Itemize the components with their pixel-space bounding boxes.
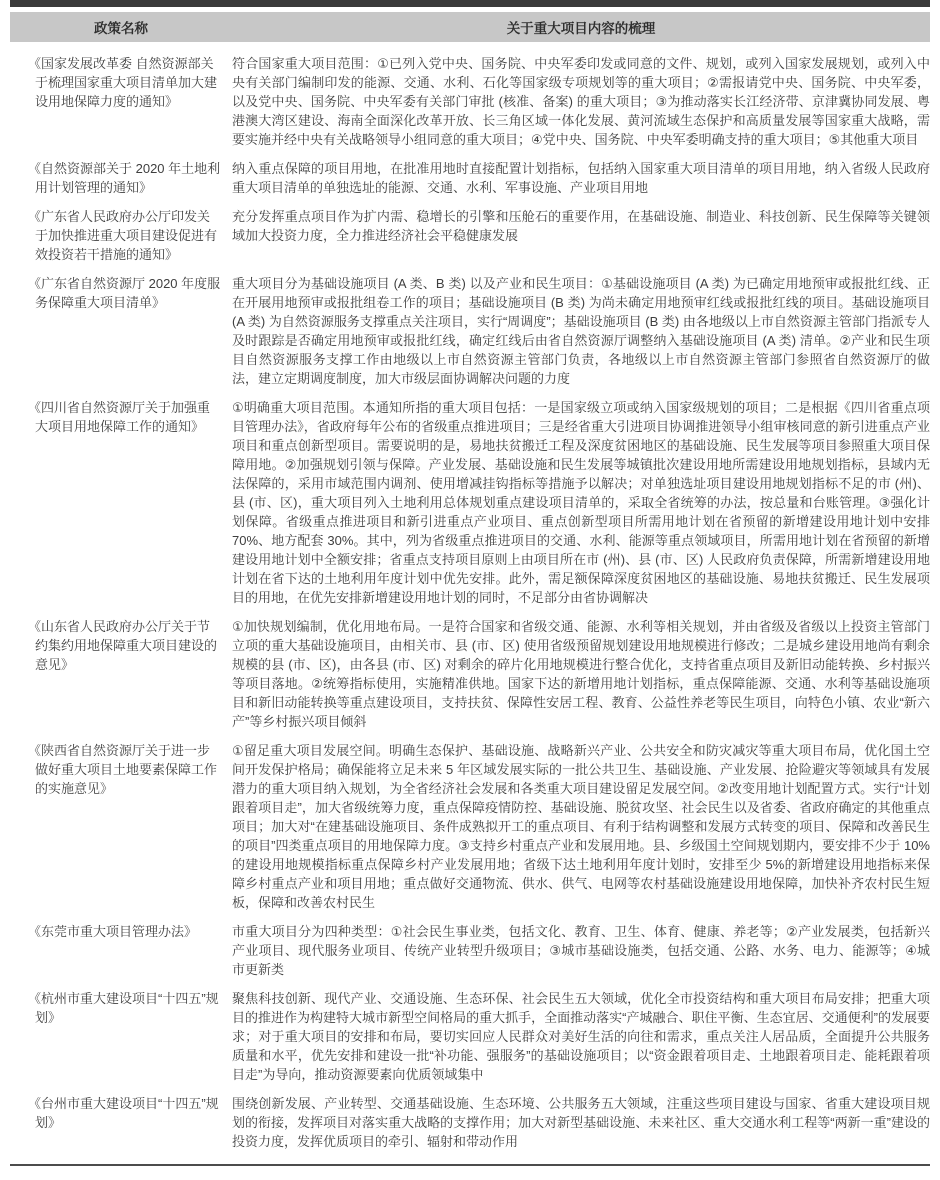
policy-name-cell: 《广东省人民政府办公厅印发关于加快推进重大项目建设促进有效投资若干措施的通知》 <box>10 207 232 264</box>
table-row: 《广东省自然资源厅 2020 年度服务保障重大项目清单》重大项目分为基础设施项目… <box>10 274 930 388</box>
table-row: 《台州市重大建设项目“十四五”规划》围绕创新发展、产业转型、交通基础设施、生态环… <box>10 1094 930 1151</box>
table-bottom-border <box>10 1164 930 1166</box>
policy-name-cell: 《东莞市重大项目管理办法》 <box>10 922 232 979</box>
column-header-project-content: 关于重大项目内容的梳理 <box>232 17 930 37</box>
table-row: 《山东省人民政府办公厅关于节约集约用地保障重大项目建设的意见》①加快规划编制，优… <box>10 617 930 731</box>
policy-content-cell: ①明确重大项目范围。本通知所指的重大项目包括：一是国家级立项或纳入国家级规划的项… <box>232 398 930 607</box>
table-row: 《国家发展改革委 自然资源部关于梳理国家重大项目清单加大建设用地保障力度的通知》… <box>10 54 930 149</box>
table-top-border <box>10 0 930 7</box>
policy-name-cell: 《国家发展改革委 自然资源部关于梳理国家重大项目清单加大建设用地保障力度的通知》 <box>10 54 232 149</box>
policy-name-cell: 《台州市重大建设项目“十四五”规划》 <box>10 1094 232 1151</box>
column-header-policy-name: 政策名称 <box>10 17 232 37</box>
policy-content-cell: ①留足重大项目发展空间。明确生态保护、基础设施、战略新兴产业、公共安全和防灾减灾… <box>232 741 930 912</box>
table-header-row: 政策名称 关于重大项目内容的梳理 <box>10 12 930 42</box>
table-body: 《国家发展改革委 自然资源部关于梳理国家重大项目清单加大建设用地保障力度的通知》… <box>10 42 930 1151</box>
policy-content-cell: ①加快规划编制，优化用地布局。一是符合国家和省级交通、能源、水利等相关规划，并由… <box>232 617 930 731</box>
policy-name-cell: 《杭州市重大建设项目“十四五”规划》 <box>10 989 232 1084</box>
policy-content-cell: 纳入重点保障的项目用地，在批准用地时直接配置计划指标，包括纳入国家重大项目清单的… <box>232 159 930 197</box>
policy-content-cell: 围绕创新发展、产业转型、交通基础设施、生态环境、公共服务五大领域，注重这些项目建… <box>232 1094 930 1151</box>
policy-content-cell: 聚焦科技创新、现代产业、交通设施、生态环保、社会民生五大领域，优化全市投资结构和… <box>232 989 930 1084</box>
policy-content-cell: 市重大项目分为四种类型：①社会民生事业类，包括文化、教育、卫生、体育、健康、养老… <box>232 922 930 979</box>
table-row: 《杭州市重大建设项目“十四五”规划》聚焦科技创新、现代产业、交通设施、生态环保、… <box>10 989 930 1084</box>
policy-table-page: 政策名称 关于重大项目内容的梳理 《国家发展改革委 自然资源部关于梳理国家重大项… <box>0 0 940 1166</box>
table-row: 《自然资源部关于 2020 年土地利用计划管理的通知》纳入重点保障的项目用地，在… <box>10 159 930 197</box>
policy-content-cell: 重大项目分为基础设施项目 (A 类、B 类) 以及产业和民生项目：①基础设施项目… <box>232 274 930 388</box>
policy-name-cell: 《广东省自然资源厅 2020 年度服务保障重大项目清单》 <box>10 274 232 388</box>
table-row: 《广东省人民政府办公厅印发关于加快推进重大项目建设促进有效投资若干措施的通知》充… <box>10 207 930 264</box>
policy-name-cell: 《山东省人民政府办公厅关于节约集约用地保障重大项目建设的意见》 <box>10 617 232 731</box>
policy-name-cell: 《四川省自然资源厅关于加强重大项目用地保障工作的通知》 <box>10 398 232 607</box>
policy-name-cell: 《自然资源部关于 2020 年土地利用计划管理的通知》 <box>10 159 232 197</box>
policy-name-cell: 《陕西省自然资源厅关于进一步做好重大项目土地要素保障工作的实施意见》 <box>10 741 232 912</box>
policy-content-cell: 充分发挥重点项目作为扩内需、稳增长的引擎和压舱石的重要作用，在基础设施、制造业、… <box>232 207 930 264</box>
table-row: 《东莞市重大项目管理办法》市重大项目分为四种类型：①社会民生事业类，包括文化、教… <box>10 922 930 979</box>
policy-content-cell: 符合国家重大项目范围：①已列入党中央、国务院、中央军委印发或同意的文件、规划，或… <box>232 54 930 149</box>
table-row: 《陕西省自然资源厅关于进一步做好重大项目土地要素保障工作的实施意见》①留足重大项… <box>10 741 930 912</box>
table-row: 《四川省自然资源厅关于加强重大项目用地保障工作的通知》①明确重大项目范围。本通知… <box>10 398 930 607</box>
